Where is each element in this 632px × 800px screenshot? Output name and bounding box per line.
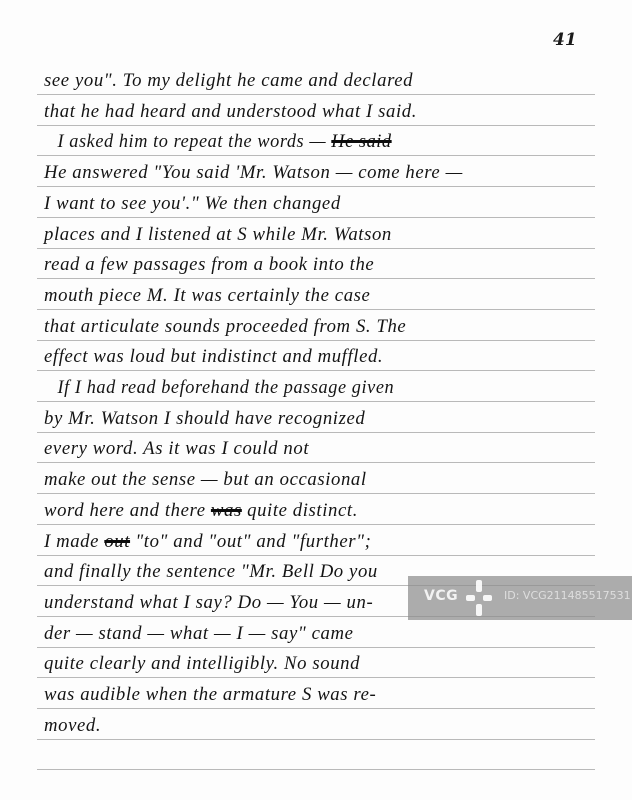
manuscript-line: I want to see you'." We then changed (44, 190, 592, 218)
struck-out-word: out (104, 531, 130, 552)
ruled-line (37, 769, 595, 770)
line-text: by Mr. Watson I should have recognized (44, 408, 365, 429)
watermark-pinwheel-icon (466, 580, 492, 616)
manuscript-page: 41 see you". To my delight he came and d… (0, 0, 632, 800)
manuscript-line: places and I listened at S while Mr. Wat… (44, 221, 592, 249)
line-text: I asked him to repeat the words — (57, 131, 331, 152)
line-text: effect was loud but indistinct and muffl… (44, 346, 383, 367)
watermark-id: ID: VCG211485517531 (504, 589, 631, 602)
manuscript-line: word here and there was quite distinct. (44, 497, 592, 525)
line-text-continuation: quite distinct. (242, 500, 358, 521)
line-text: understand what I say? Do — You — un- (44, 592, 373, 613)
line-text: I want to see you'." We then changed (44, 193, 341, 214)
manuscript-line: every word. As it was I could not (44, 435, 592, 463)
manuscript-line: He answered "You said 'Mr. Watson — come… (44, 159, 592, 187)
manuscript-line: If I had read beforehand the passage giv… (44, 374, 592, 402)
manuscript-line: I asked him to repeat the words — He sai… (44, 128, 592, 156)
line-text: der — stand — what — I — say" came (44, 623, 354, 644)
manuscript-line: that articulate sounds proceeded from S.… (44, 313, 592, 341)
manuscript-line: see you". To my delight he came and decl… (44, 67, 592, 95)
manuscript-line: der — stand — what — I — say" came (44, 620, 592, 648)
manuscript-line: I made out "to" and "out" and "further"; (44, 528, 592, 556)
manuscript-line: moved. (44, 712, 592, 740)
line-text: word here and there (44, 500, 211, 521)
manuscript-line: read a few passages from a book into the (44, 251, 592, 279)
manuscript-line: mouth piece M. It was certainly the case (44, 282, 592, 310)
manuscript-line: that he had heard and understood what I … (44, 98, 592, 126)
line-text: He answered "You said 'Mr. Watson — come… (44, 162, 463, 183)
struck-out-word: was (211, 500, 242, 521)
line-text: moved. (44, 715, 101, 736)
line-text: If I had read beforehand the passage giv… (57, 377, 394, 398)
line-text-continuation: "to" and "out" and "further"; (130, 531, 371, 552)
manuscript-line: make out the sense — but an occasional (44, 466, 592, 494)
line-text: read a few passages from a book into the (44, 254, 374, 275)
line-text: I made (44, 531, 104, 552)
watermark-logo: VCG (424, 588, 458, 604)
line-text: see you". To my delight he came and decl… (44, 70, 413, 91)
manuscript-line: by Mr. Watson I should have recognized (44, 405, 592, 433)
page-number: 41 (553, 30, 577, 50)
line-text: quite clearly and intelligibly. No sound (44, 653, 360, 674)
line-text: places and I listened at S while Mr. Wat… (44, 224, 392, 245)
line-text: make out the sense — but an occasional (44, 469, 367, 490)
line-text: mouth piece M. It was certainly the case (44, 285, 370, 306)
watermark-banner: VCG ID: VCG211485517531 (408, 576, 632, 620)
manuscript-line: effect was loud but indistinct and muffl… (44, 343, 592, 371)
line-text: that articulate sounds proceeded from S.… (44, 316, 406, 337)
line-text: every word. As it was I could not (44, 438, 309, 459)
manuscript-line: quite clearly and intelligibly. No sound (44, 650, 592, 678)
struck-out-word: He said (331, 131, 391, 152)
line-text: and finally the sentence "Mr. Bell Do yo… (44, 561, 378, 582)
line-text: was audible when the armature S was re- (44, 684, 376, 705)
line-text: that he had heard and understood what I … (44, 101, 417, 122)
manuscript-line: was audible when the armature S was re- (44, 681, 592, 709)
